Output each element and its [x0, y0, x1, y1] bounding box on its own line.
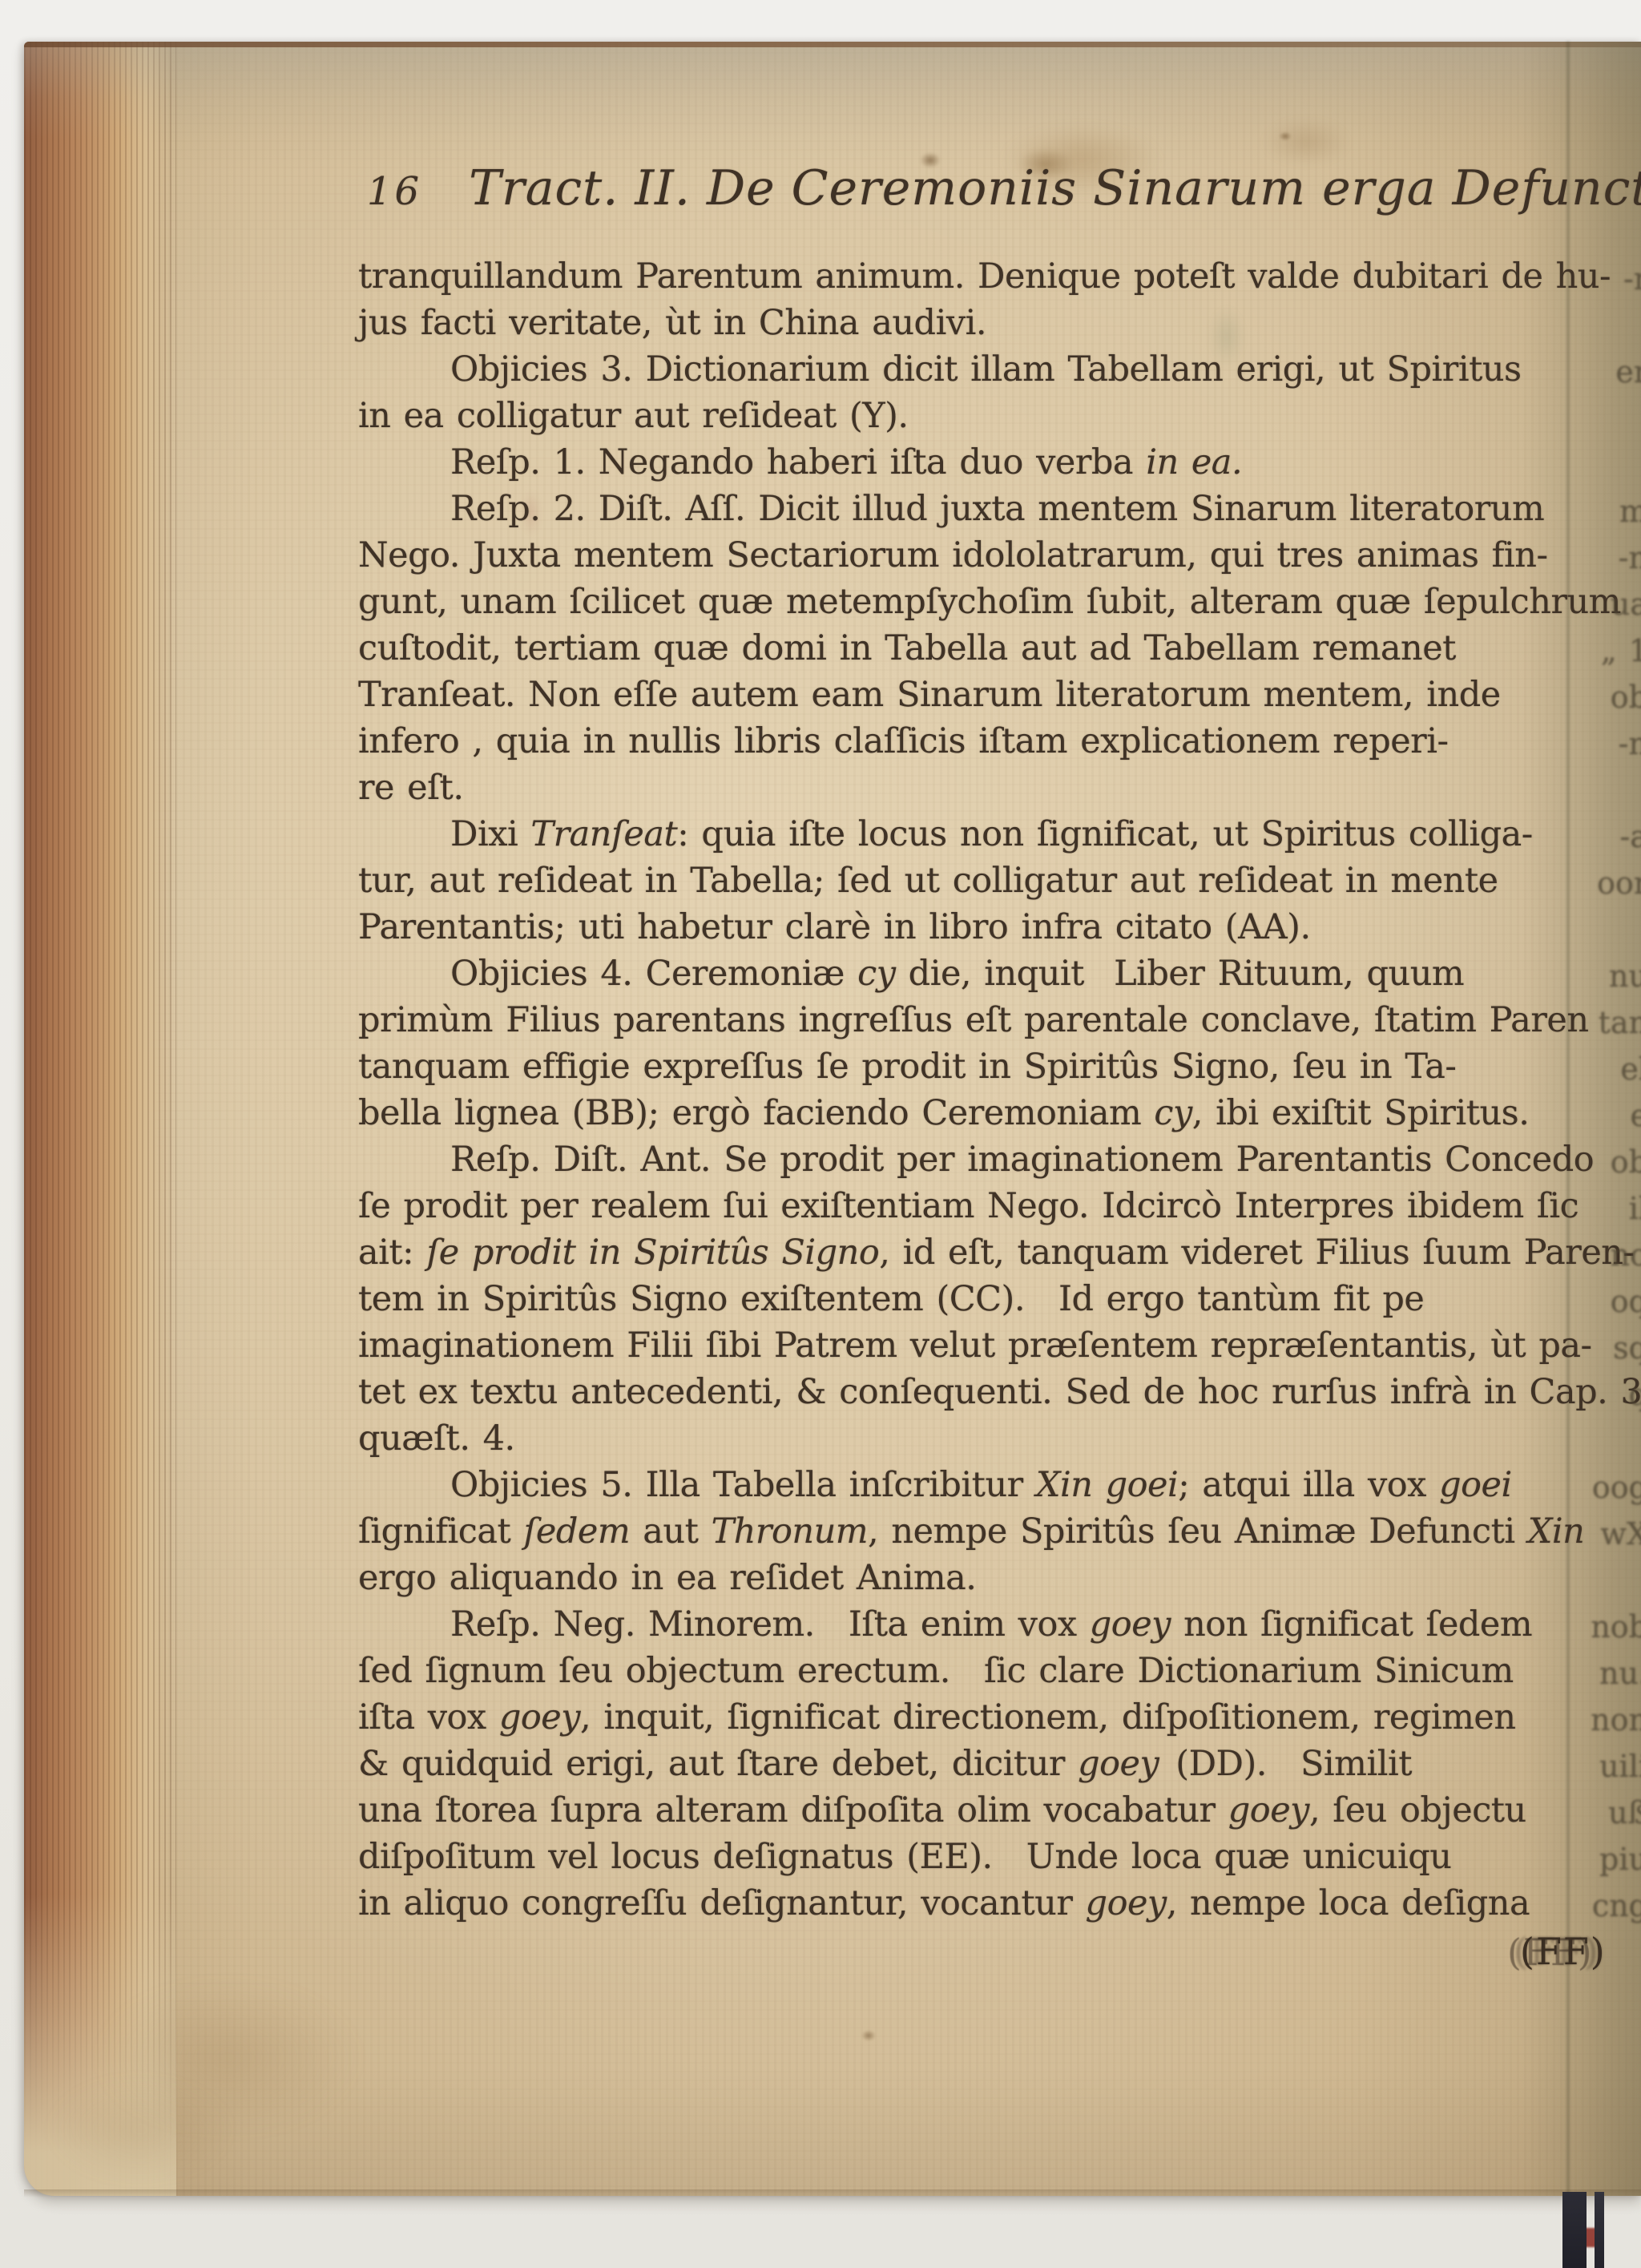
text-line: tet ex textu antecedenti, & conſequenti.… — [358, 1369, 1599, 1415]
text-line: ſe prodit per realem ſui exiſtentiam Neg… — [358, 1183, 1599, 1229]
running-title: Tract. II. De Ceremoniis Sinarum erga De… — [469, 160, 1641, 216]
body-text: tranquillandum Parentum animum. Denique … — [358, 253, 1599, 1927]
text-line: & quidquid erigi, aut ſtare debet, dicit… — [358, 1741, 1599, 1787]
book-page: 16 Tract. II. De Ceremoniis Sinarum erga… — [24, 42, 1641, 2196]
text-line: re eſt. — [358, 765, 1599, 811]
show-through-ghost: piu — [1599, 1836, 1641, 1883]
show-through-ghost: -r — [1623, 256, 1641, 302]
top-scan-shadow — [24, 47, 1641, 139]
text-line: infero , quia in nullis libris claſſicis… — [358, 718, 1599, 765]
show-through-ghost: ob — [1611, 674, 1641, 720]
show-through-ghost: oog — [1592, 1464, 1641, 1511]
show-through-ghost: „ 1 — [1601, 628, 1641, 674]
show-through-ghost: -a — [1620, 813, 1641, 860]
text-line: ait: ſe prodit in Spiritûs Signo, id eſt… — [358, 1229, 1599, 1276]
page-header: 16 Tract. II. De Ceremoniis Sinarum erga… — [367, 160, 1641, 216]
show-through-ghost: uili — [1599, 1743, 1641, 1790]
show-through-ghost: uß — [1608, 1790, 1641, 1836]
text-line: Dixi Tranſeat: quia iſte locus non ſigni… — [358, 811, 1599, 858]
show-through-ghost: sq — [1613, 1325, 1641, 1371]
page-number: 16 — [367, 169, 422, 214]
show-through-ghost: ua — [1611, 581, 1641, 628]
show-through-ghost: wX — [1600, 1511, 1641, 1557]
text-line: ſignificat ſedem aut Thronum, nempe Spir… — [358, 1508, 1599, 1555]
bookmark-bar — [1595, 2192, 1604, 2268]
bookmark-bar — [1562, 2192, 1587, 2268]
text-line: Objicies 4. Ceremoniæ cy die, inquit Lib… — [358, 950, 1599, 997]
text-line: tanquam effigie expreſſus ſe prodit in S… — [358, 1043, 1599, 1090]
stain — [1262, 118, 1350, 166]
text-line: una ſtorea ſupra alteram diſpoſita olim … — [358, 1787, 1599, 1834]
text-line: tur, aut reſideat in Tabella; ſed ut col… — [358, 858, 1599, 904]
scanner-background: { "colors": { "paper": "#d6c19d", "ink":… — [0, 0, 1641, 2268]
show-through-ghost: q — [1629, 1371, 1641, 1418]
show-through-ghost: oor — [1597, 860, 1641, 906]
show-through-ghost: nob — [1591, 1604, 1641, 1650]
text-line: in ea colligatur aut reſideat (Y). — [358, 393, 1599, 439]
show-through-ghost: nu. — [1599, 1650, 1641, 1697]
bookmark-ribbon — [1562, 2192, 1606, 2268]
show-through-ghost: non — [1591, 1697, 1641, 1743]
text-line: Parentantis; uti habetur clarè in libro … — [358, 904, 1599, 950]
text-line: Reſp. Neg. Minorem. Iſta enim vox goey n… — [358, 1601, 1599, 1648]
text-line: Tranſeat. Non eſſe autem eam Sinarum lit… — [358, 672, 1599, 718]
show-through-ghost: m — [1619, 488, 1641, 535]
show-through-ghost: -n — [1619, 535, 1641, 581]
show-through-ghost: e — [1631, 1092, 1641, 1139]
text-line: Reſp. Diſt. Ant. Se prodit per imaginati… — [358, 1136, 1599, 1183]
show-through-ghost: el — [1620, 1046, 1641, 1092]
text-line: ſed ſignum ſeu objectum erectum. ſic cla… — [358, 1648, 1599, 1694]
text-line: imaginationem Filii ſibi Patrem velut pr… — [358, 1322, 1599, 1369]
text-line: diſpoſitum vel locus deſignatus (EE). Un… — [358, 1834, 1599, 1880]
book-top-edge — [24, 42, 1641, 47]
show-through-ghost: cng — [1592, 1883, 1641, 1929]
text-line: Objicies 5. Illa Tabella inſcribitur Xin… — [358, 1462, 1599, 1508]
text-line: tem in Spiritûs Signo exiſtentem (CC). I… — [358, 1276, 1599, 1322]
stain — [861, 2030, 876, 2041]
text-line: in aliquo congreſſu deſignantur, vocantu… — [358, 1880, 1599, 1927]
book-spine-edge — [24, 42, 176, 2196]
bottom-edge-shadow — [24, 2189, 1641, 2197]
text-line: Reſp. 1. Negando haberi iſta duo verba i… — [358, 439, 1599, 486]
catchword: (FF) — [1520, 1930, 1607, 1973]
text-line: iſta vox goey, inquit, ſignificat direct… — [358, 1694, 1599, 1741]
text-line: quæſt. 4. — [358, 1415, 1599, 1462]
show-through-ghost: ob — [1611, 1139, 1641, 1185]
show-through-ghost: er — [1615, 349, 1641, 395]
text-line: Nego. Juxta mentem Sectariorum idololatr… — [358, 532, 1599, 579]
text-line: bella lignea (BB); ergò faciendo Ceremon… — [358, 1090, 1599, 1136]
text-line: tranquillandum Parentum animum. Denique … — [358, 253, 1599, 300]
text-line: Reſp. 2. Diſt. Aſſ. Dicit illud juxta me… — [358, 486, 1599, 532]
text-line: cuſtodit, tertiam quæ domi in Tabella au… — [358, 625, 1599, 672]
text-line: jus facti veritate, ùt in China audivi. — [358, 300, 1599, 346]
text-line: primùm Filius parentans ingreſſus eſt pa… — [358, 997, 1599, 1043]
stain — [1279, 131, 1292, 141]
show-through-ghost: oq — [1611, 1278, 1641, 1325]
text-line: Objicies 3. Dictionarium dicit illam Tab… — [358, 346, 1599, 393]
text-line: ergo aliquando in ea reſidet Anima. — [358, 1555, 1599, 1601]
show-through-ghost: tan — [1599, 999, 1641, 1046]
show-through-ghost: no — [1611, 1232, 1641, 1278]
text-line: gunt, unam ſcilicet quæ metempſychoſim ſ… — [358, 579, 1599, 625]
show-through-ghost: nu — [1609, 953, 1641, 999]
show-through-ghost: -n — [1619, 720, 1641, 767]
show-through-ghost: il — [1629, 1185, 1641, 1232]
